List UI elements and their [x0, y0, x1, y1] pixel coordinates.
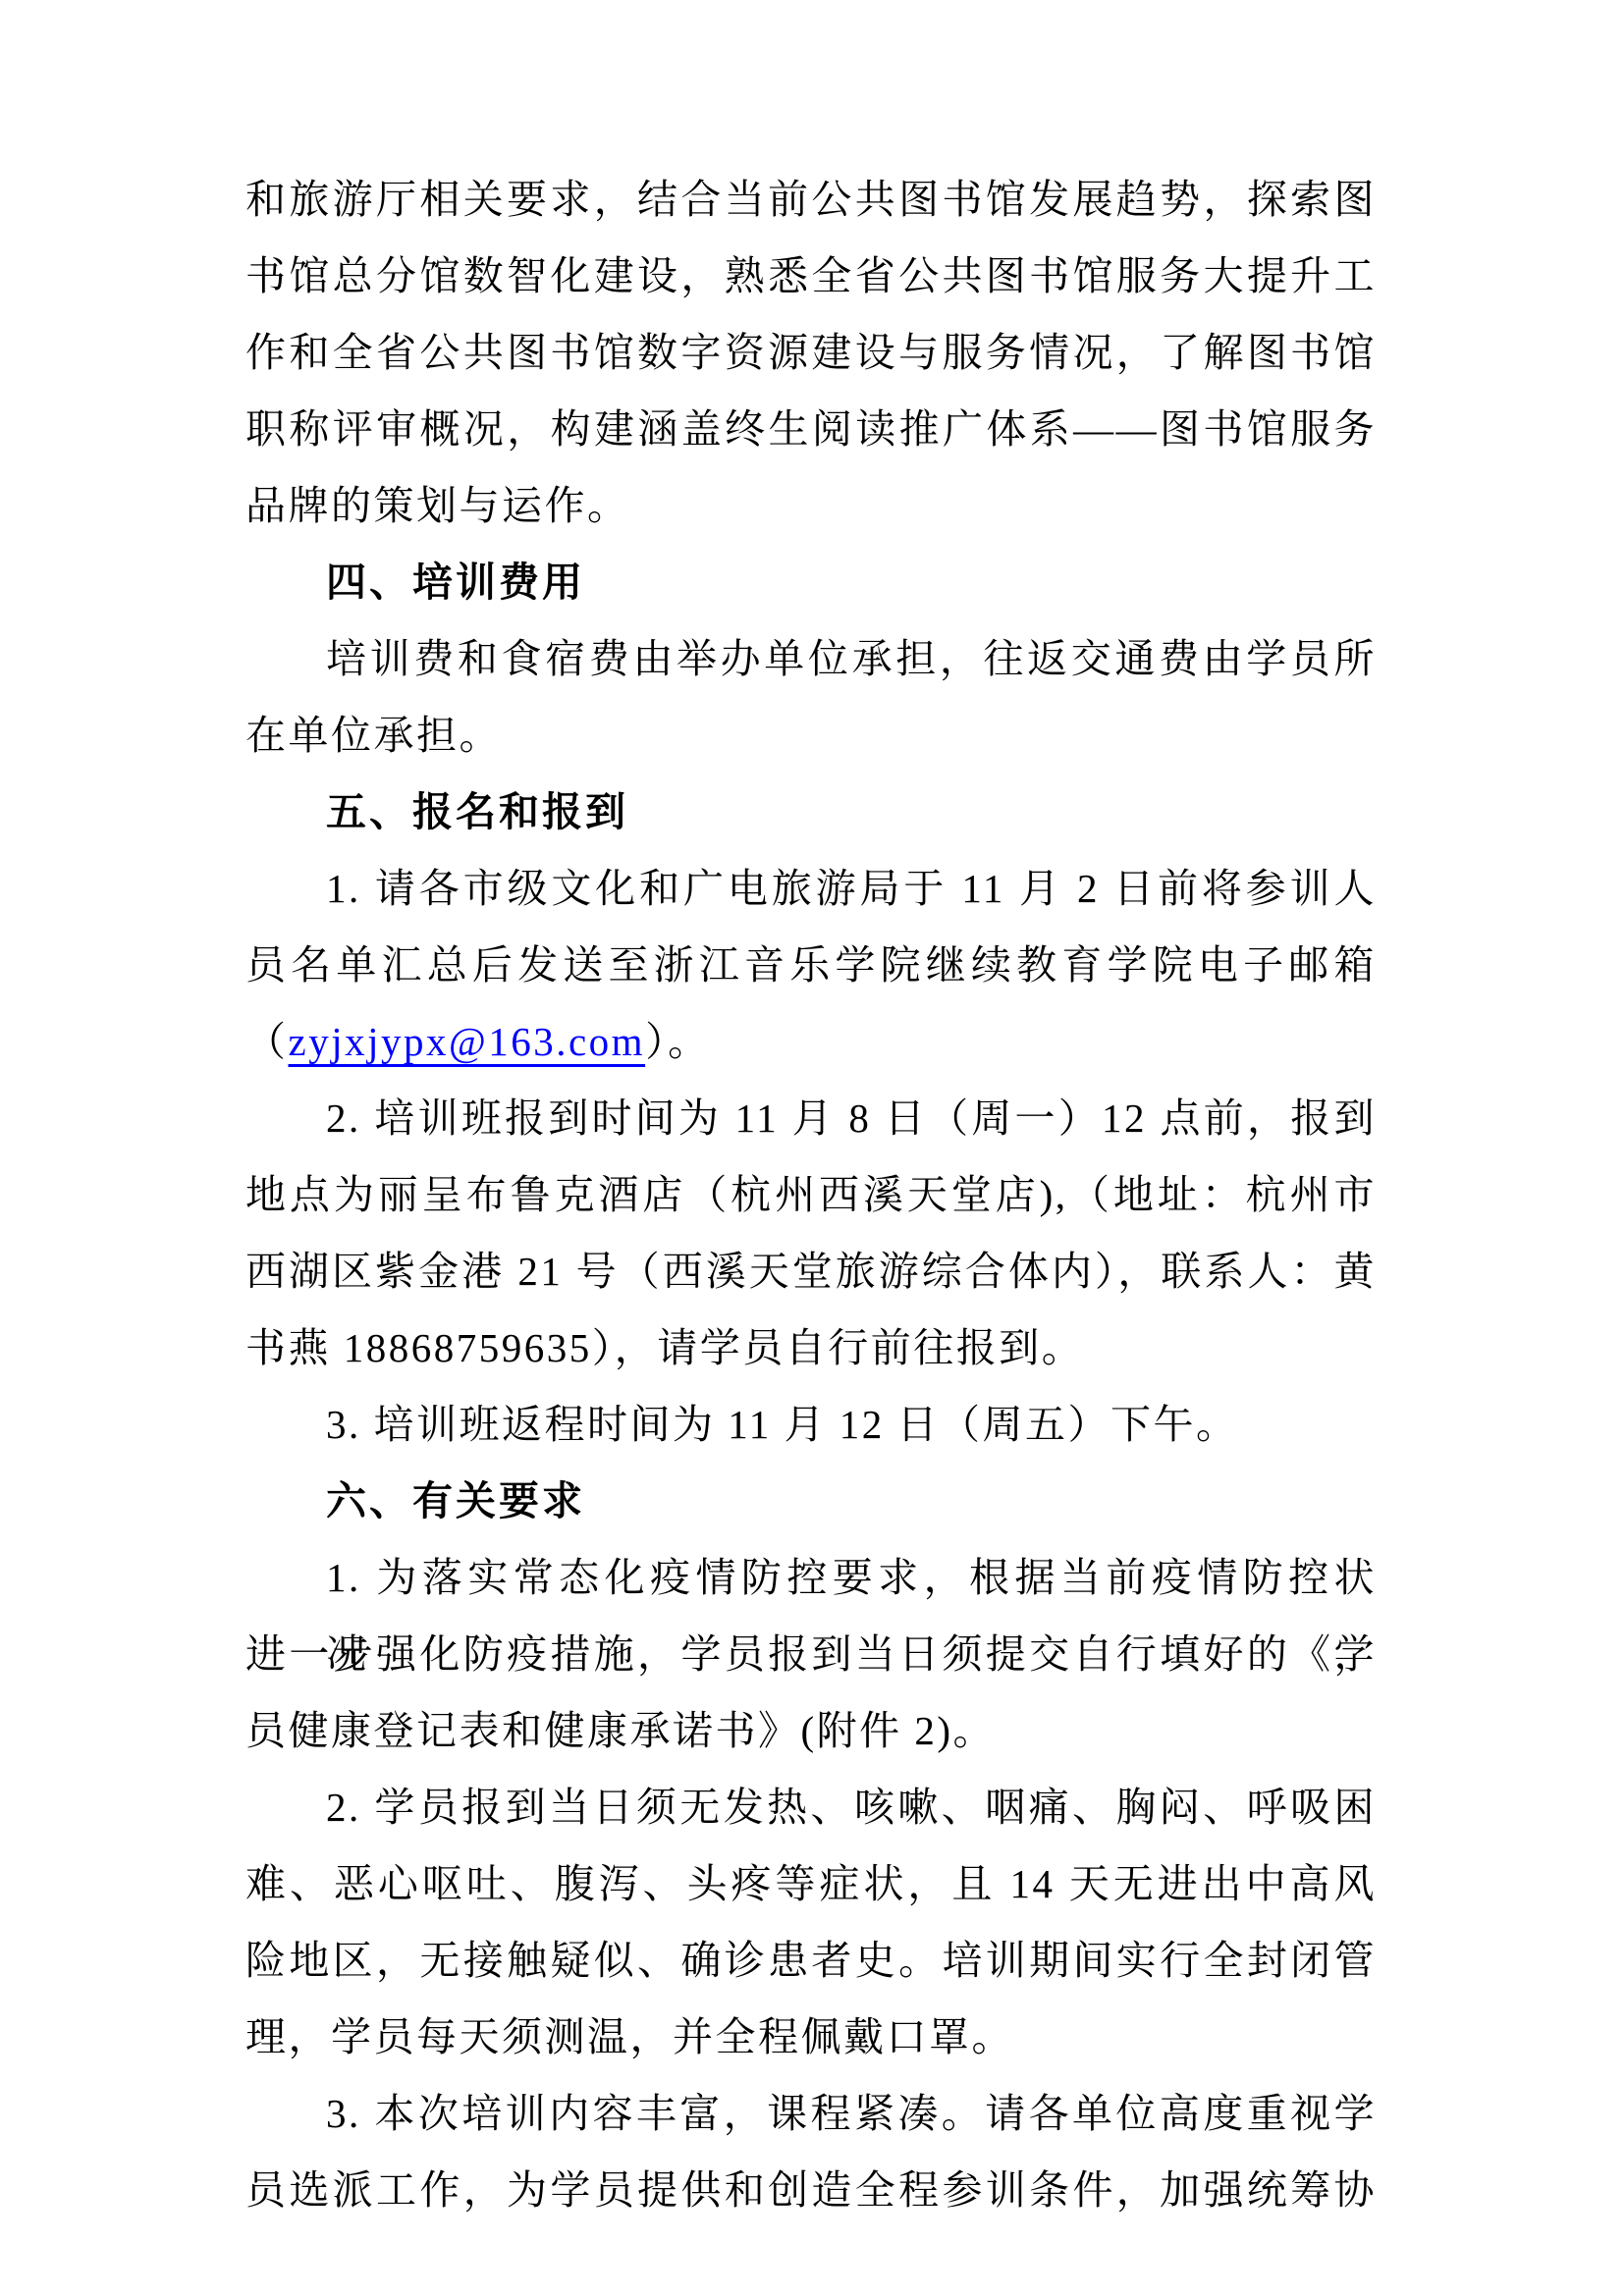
body-line-item-3: 3. 培训班返程时间为 11 月 12 日（周五）下午。 [245, 1386, 1377, 1463]
body-line-item-1: 1. 请各市级文化和广电旅游局于 11 月 2 日前将参训人 [245, 850, 1377, 927]
email-line: （zyjxjypx@163.com）。 [245, 1003, 1377, 1080]
body-line: 西湖区紫金港 21 号（西溪天堂旅游综合体内），联系人：黄 [245, 1233, 1377, 1309]
section-heading-requirements: 六、有关要求 [245, 1463, 1377, 1539]
body-line-paragraph-end: 员健康登记表和健康承诺书》(附件 2)。 [245, 1692, 1377, 1769]
body-line-paragraph-end: 在单位承担。 [245, 697, 1377, 774]
document-page: 和旅游厅相关要求，结合当前公共图书馆发展趋势，探索图 书馆总分馆数智化建设，熟悉… [0, 0, 1624, 2296]
section-heading-registration: 五、报名和报到 [245, 774, 1377, 850]
paren-close: ）。 [645, 1019, 711, 1064]
body-line: 难、恶心呕吐、腹泻、头疼等症状，且 14 天无进出中高风 [245, 1845, 1377, 1922]
body-line-paragraph-end: 品牌的策划与运作。 [245, 467, 1377, 544]
body-line: 地点为丽呈布鲁克酒店（杭州西溪天堂店),（地址：杭州市 [245, 1156, 1377, 1233]
body-line: 员选派工作，为学员提供和创造全程参训条件，加强统筹协 [245, 2152, 1377, 2228]
body-line: 和旅游厅相关要求，结合当前公共图书馆发展趋势，探索图 [245, 161, 1377, 238]
body-line: 险地区，无接触疑似、确诊患者史。培训期间实行全封闭管 [245, 1922, 1377, 1999]
body-line-paragraph-end: 书燕 18868759635），请学员自行前往报到。 [245, 1309, 1377, 1386]
body-line-item-2: 2. 学员报到当日须无发热、咳嗽、咽痛、胸闷、呼吸困 [245, 1769, 1377, 1845]
section-heading-training-fees: 四、培训费用 [245, 544, 1377, 620]
body-line-paragraph-end: 理，学员每天须测温，并全程佩戴口罩。 [245, 1999, 1377, 2075]
body-line: 作和全省公共图书馆数字资源建设与服务情况，了解图书馆 [245, 314, 1377, 391]
body-line: 书馆总分馆数智化建设，熟悉全省公共图书馆服务大提升工 [245, 238, 1377, 314]
body-line: 职称评审概况，构建涵盖终生阅读推广体系——图书馆服务 [245, 391, 1377, 467]
document-content: 和旅游厅相关要求，结合当前公共图书馆发展趋势，探索图 书馆总分馆数智化建设，熟悉… [245, 161, 1377, 2228]
body-line-item-1: 1. 为落实常态化疫情防控要求，根据当前疫情防控状况， [245, 1539, 1377, 1616]
email-link[interactable]: zyjxjypx@163.com [289, 1019, 646, 1064]
body-line: 进一步强化防疫措施，学员报到当日须提交自行填好的《学 [245, 1616, 1377, 1692]
body-line-item-3: 3. 本次培训内容丰富，课程紧凑。请各单位高度重视学 [245, 2075, 1377, 2152]
body-line-paragraph-start: 培训费和食宿费由举办单位承担，往返交通费由学员所 [245, 620, 1377, 697]
body-line-item-2: 2. 培训班报到时间为 11 月 8 日（周一）12 点前，报到 [245, 1080, 1377, 1156]
body-line: 员名单汇总后发送至浙江音乐学院继续教育学院电子邮箱 [245, 927, 1377, 1003]
paren-open: （ [245, 1019, 289, 1064]
